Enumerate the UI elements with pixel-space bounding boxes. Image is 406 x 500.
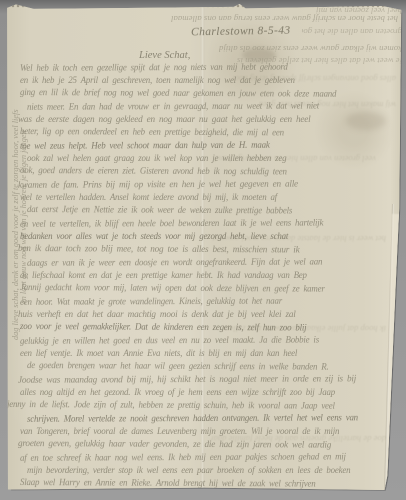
- body-line: Joodse was maandag avond bij mij, hij sc…: [18, 372, 394, 387]
- body-line: en ik heb je 25 April al geschreven, toe…: [20, 74, 394, 87]
- body-line: alles nog altijd en het gezond. Ik vroeg…: [20, 386, 394, 399]
- body-line: toe wel zeus helpt. Heb veel schoot maar…: [20, 138, 394, 153]
- body-line: gelukkig je en willen het goed en dus ve…: [20, 333, 394, 348]
- body-line: mijn bevordering, verder stop ik wel een…: [27, 464, 394, 477]
- letter-scan: alles goed ontvangen schrijf spoedig ter…: [0, 0, 406, 500]
- body-line: van Tongeren, brief vooral de dames Leuv…: [20, 425, 394, 438]
- body-line: daags er van ik je weer een doosje en wo…: [27, 255, 394, 270]
- body-line: af en toe schreef ik haar nog wel eens. …: [20, 450, 394, 465]
- paper-sheet: alles goed ontvangen schrijf spoedig ter…: [6, 4, 402, 490]
- body-line: de liefschaal komt en dat je een prettig…: [20, 269, 394, 282]
- body-line: een lief ventje. Ik moet van Annie Eva n…: [20, 347, 394, 360]
- body-line: ook zal wel helen gaat graag zou ik wel …: [27, 152, 394, 165]
- body-line: wel te vertellen hadden. Ansel komt iede…: [20, 191, 394, 204]
- body-line: bedanken voor alles wat je toch steeds v…: [20, 230, 394, 243]
- body-line: huis verheft en dat het daar machtig moo…: [18, 308, 394, 321]
- body-line: schrijven. Morel vertelde ze nooit gesch…: [27, 411, 394, 426]
- body-line: en veel te vertellen, ik blijf een heele…: [20, 216, 394, 231]
- body-line: niets meer. En dan had de vrouw er in ge…: [27, 99, 394, 114]
- salutation: Lieve Schat,: [139, 50, 249, 61]
- body-line: een hoor. Wat maakt je grote wandelingen…: [20, 294, 394, 309]
- body-line: Wel heb ik toch een gezellige spijt dat …: [20, 60, 394, 75]
- letter-body: Wel heb ik toch een gezellige spijt dat …: [20, 61, 394, 490]
- body-line: Slaap wel Harry en Annie en Rieke. Arnol…: [20, 476, 394, 491]
- inverted-line: het beste hoor en schrijf gauw weer eens…: [64, 14, 398, 24]
- body-line: kwamen de fam. Prins bij mij op visite e…: [18, 177, 394, 192]
- body-line: was de eerste dagen nog gekleed en nog m…: [18, 113, 394, 126]
